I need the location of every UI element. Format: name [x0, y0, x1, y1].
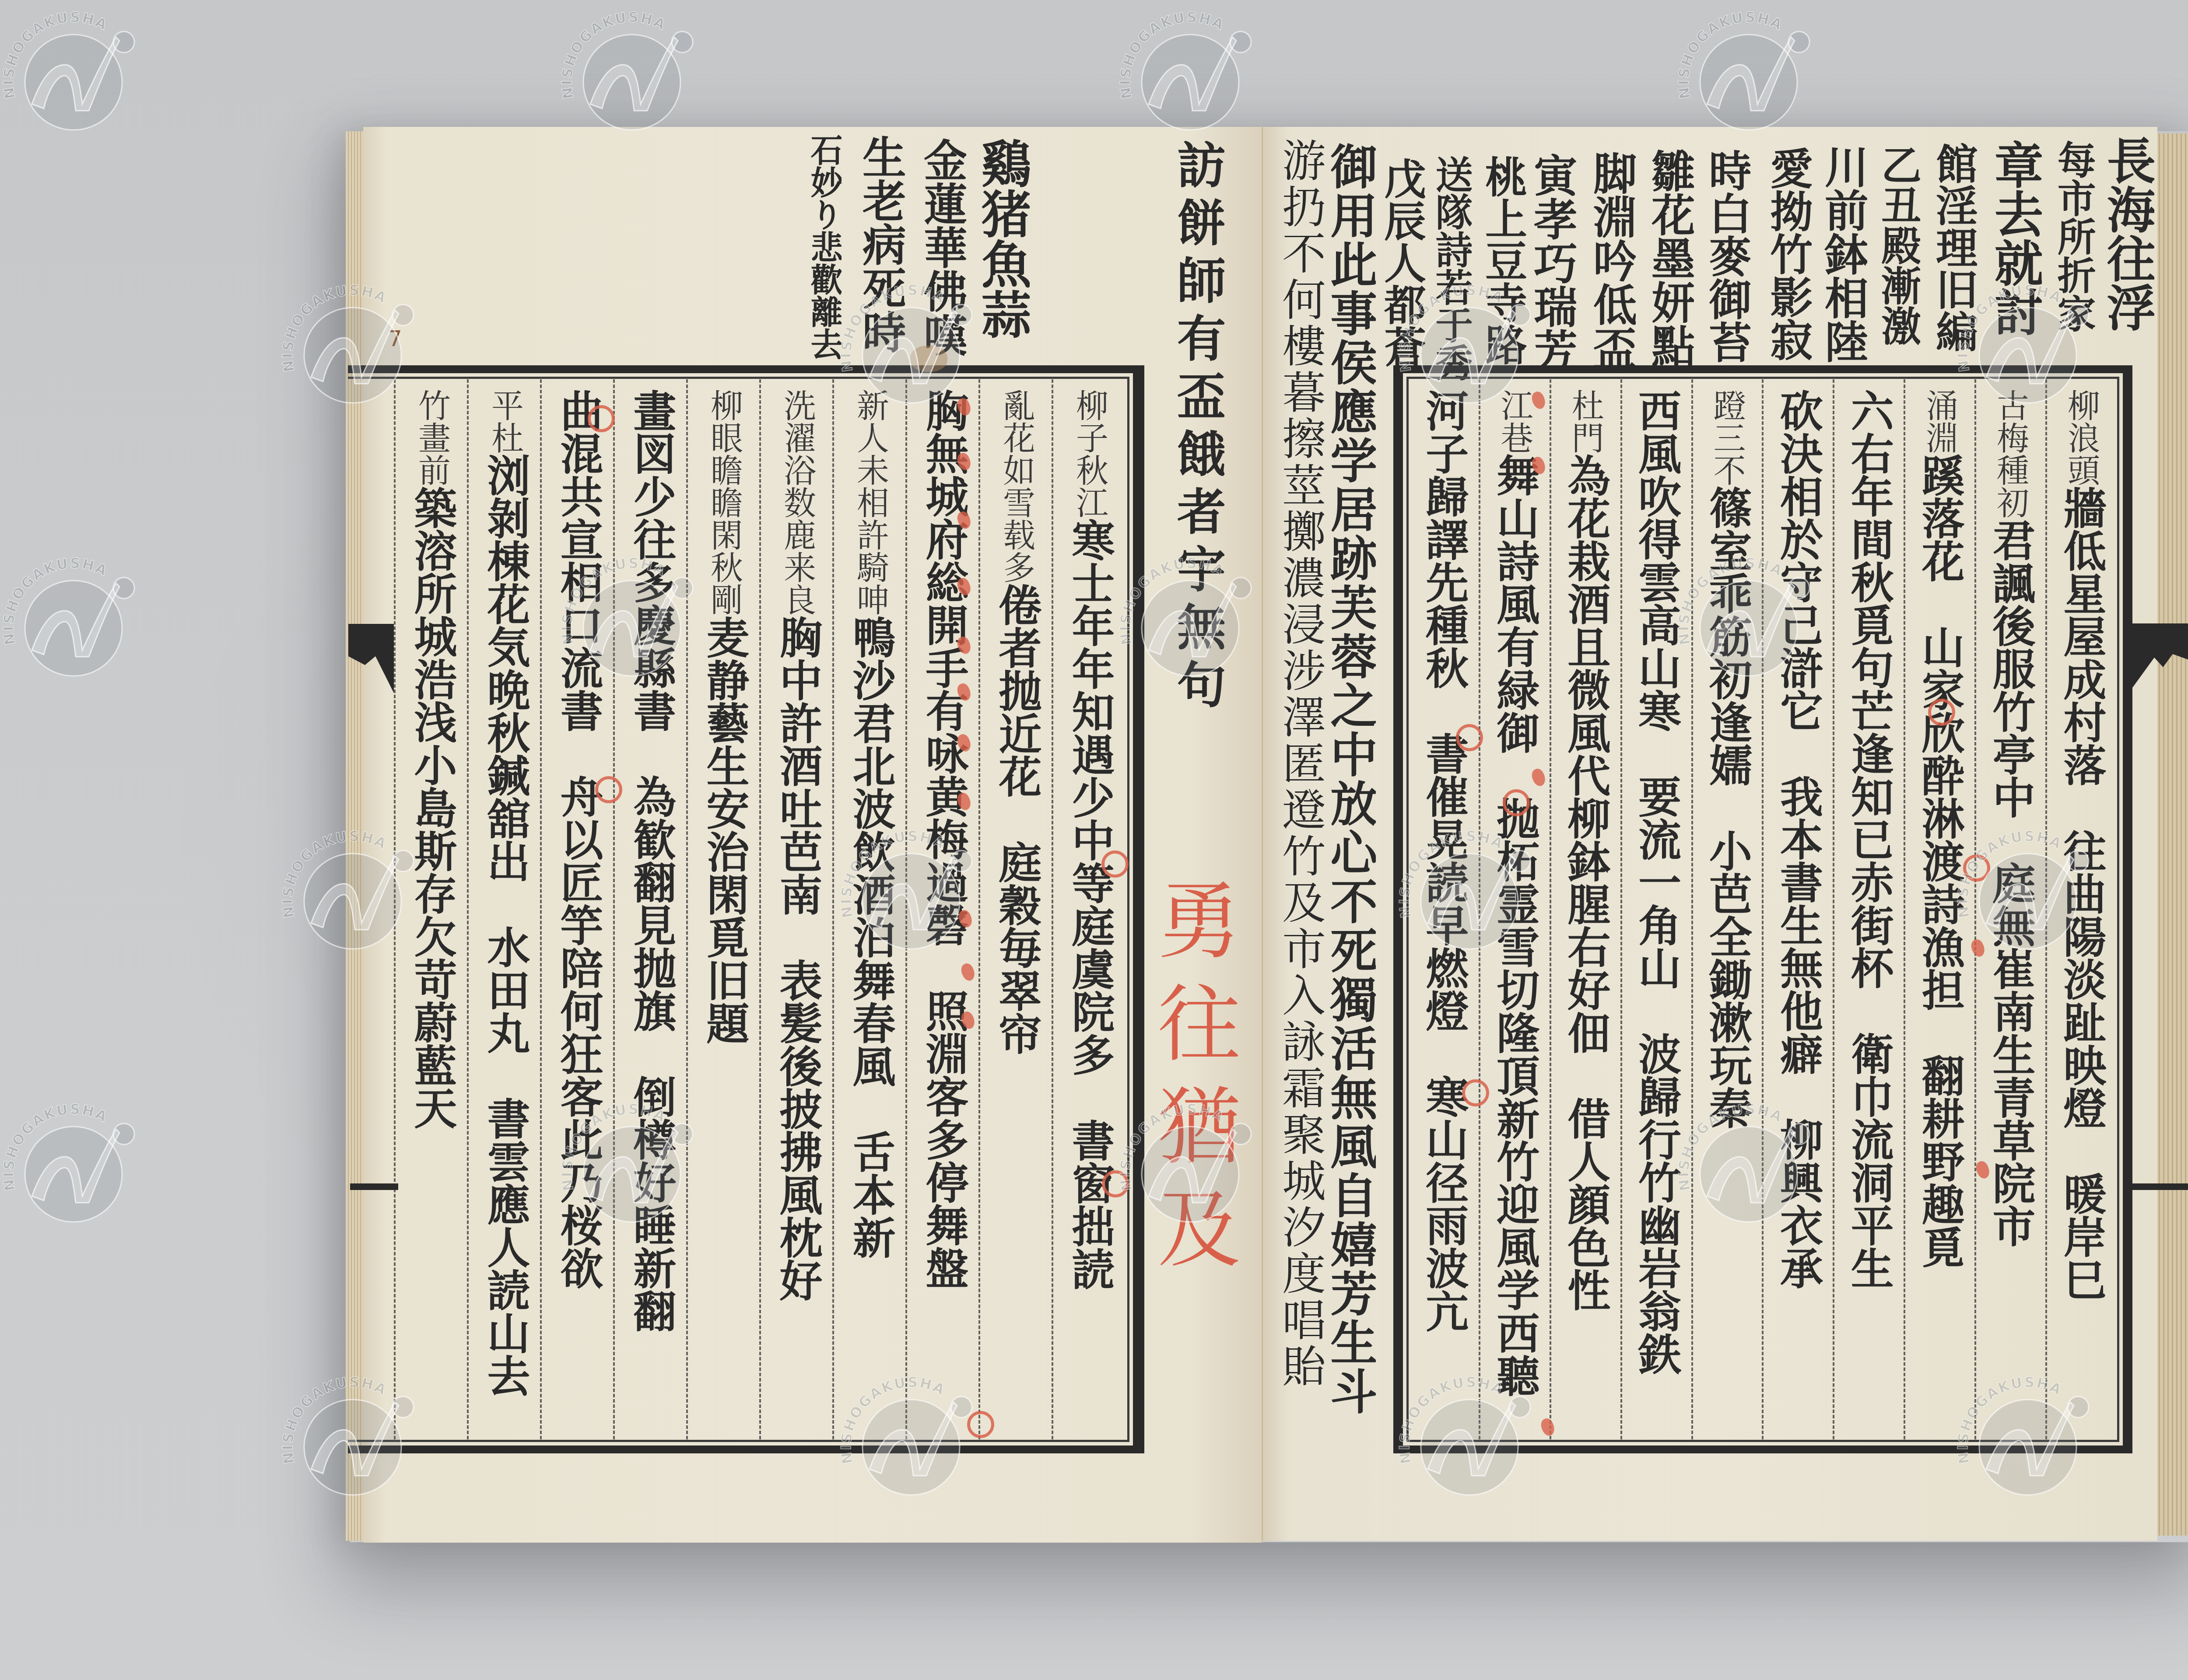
vermilion-circle-mark	[1102, 1170, 1129, 1197]
headnote-column: 生老病死時	[857, 135, 905, 353]
left-fishtail-mark	[348, 624, 394, 693]
frame-column: 平杜浏剝棟花気晩秋鍼舘出 水田丸 書雲應人読山去	[467, 379, 540, 1439]
headnote-column: 脚淵吟低盃	[1588, 151, 1636, 370]
frame-column: 柳眼瞻瞻閑秋剛麦静藝生安治閑覓旧題	[686, 379, 759, 1439]
headnote-column: 送隊詩若于秀	[1430, 155, 1472, 381]
headnote-column: 鷄猪魚蒜	[974, 138, 1030, 339]
column-text: 河子歸譯先種秋 書催晃読早燃燈 寒山径雨波亢	[1419, 389, 1469, 1332]
frame-column: 河子歸譯先種秋 書催晃読早燃燈 寒山径雨波亢	[1410, 379, 1479, 1439]
column-heading: 竹畫前	[413, 389, 451, 486]
vermilion-annotation: 勇往猶及	[1147, 877, 1238, 1288]
vermilion-circle-mark	[595, 776, 622, 803]
margin-column: 游扔不何樓暮擦莖擲濃浸涉澤匿邆竹及市入詠霜聚城汐度唱貽	[1276, 138, 1324, 1533]
column-heading: 洗濯浴数鹿来良	[778, 389, 816, 616]
headnote-column: 寅孝巧瑞芳	[1528, 153, 1576, 372]
column-grid: 柳浪頭牆低星屋成村落 往曲陽淡趾映燈 暖岸巳 古梅種初君諷後服竹亭中 庭無崔南生…	[1410, 379, 2116, 1439]
column-heading: 亂花如雪载多	[998, 389, 1035, 583]
column-text: 牆低星屋成村落 往曲陽淡趾映燈 暖岸巳	[2056, 486, 2107, 1301]
column-heading: 蹬三不	[1708, 389, 1746, 486]
headnote-column: 愛拗竹影寂	[1764, 147, 1812, 361]
column-heading: 柳子秋江	[1071, 389, 1108, 518]
column-text: 蹊落花 山家欣酔淋渡詩漁担 翻耕野趣覓	[1914, 454, 1965, 1268]
frame-column: 江巷舞山詩風有緑御 抛柘霊雪切隆頂新竹迎風学西聽	[1479, 379, 1550, 1439]
right-page-stack-edge	[2156, 133, 2188, 1536]
frame-column: 西風吹得雲高山寒 要流一角山 波歸行竹幽岩翁鉄	[1620, 379, 1691, 1439]
frame-column: 涌淵蹊落花 山家欣酔淋渡詩漁担 翻耕野趣覓	[1904, 379, 1974, 1439]
column-heading: 涌淵	[1921, 389, 1958, 454]
headnote-column: 雛花墨妍點	[1646, 149, 1694, 367]
left-text-frame: 柳子秋江寒士年年知遇少中等庭虞院多 書窗拙読 亂花如雪载多倦者抛近花 庭穀毎翠帘…	[348, 365, 1144, 1453]
right-edge-rule	[2131, 1183, 2188, 1190]
column-text: 倦者抛近花 庭穀毎翠帘	[992, 583, 1042, 1055]
column-heading: 杜門	[1567, 389, 1604, 454]
column-text: 曲混共宣相口流書 舟以匠竽陪何狂客此乃桜欲	[553, 389, 603, 1289]
right-page: 長海往浮 每市所折家 章去就討 館淫理旧編 乙丑殿漸激 川前鉢相陸 愛拗竹影寂 …	[1262, 127, 2157, 1541]
headnote-column: 館淫理旧編	[1931, 142, 1977, 352]
column-text: 為花栽酒且微風代柳鉢腥右好佃 借人顔色性	[1560, 454, 1611, 1311]
column-heading: 江巷	[1496, 389, 1533, 454]
headnote-column: 每市所折家	[2053, 140, 2095, 332]
paper-stain	[910, 346, 947, 372]
frame-column: 亂花如雪载多倦者抛近花 庭穀毎翠帘	[978, 379, 1052, 1439]
column-text: 西風吹得雲高山寒 要流一角山 波歸行竹幽岩翁鉄	[1631, 389, 1682, 1375]
frame-column: 竹畫前築溶所城浩浅小島斯存欠苛蔚藍天	[394, 379, 467, 1439]
left-page: 7 鷄猪魚蒜 金蓮華佛嘆 生老病死時 石妙り悲歡離去 訪餅師有盃餓者宇無句 勇往…	[363, 127, 1262, 1543]
left-edge-rule	[350, 1183, 398, 1190]
page-number-mark: 7	[388, 326, 402, 351]
gutter-note-column: 訪餅師有盃餓者宇無句	[1171, 140, 1224, 717]
frame-column: 古梅種初君諷後服竹亭中 庭無崔南生青草院市	[1974, 379, 2045, 1439]
headnote-column: 長海往浮	[2100, 136, 2154, 332]
frame-column: 砍決相於守己滸它 我本書生無他癖 柳興衣承	[1762, 379, 1833, 1439]
headnote-column: 石妙り悲歡離去	[806, 133, 842, 360]
vermilion-circle-mark	[1456, 724, 1483, 751]
vermilion-circle-mark	[1101, 850, 1129, 878]
column-heading: 柳眼瞻瞻閑秋剛	[705, 389, 743, 616]
frame-column: 畫図少往多慶縣書 為歓翻見抛旗 倒樽好睡新翻	[613, 379, 686, 1439]
frame-column: 洗濯浴数鹿来良胸中許酒吐芭南 表髪後披拂風枕好	[759, 379, 832, 1439]
column-grid: 柳子秋江寒士年年知遇少中等庭虞院多 書窗拙読 亂花如雪载多倦者抛近花 庭穀毎翠帘…	[394, 379, 1125, 1439]
column-heading: 柳浪頭	[2062, 389, 2100, 486]
frame-column: 曲混共宣相口流書 舟以匠竽陪何狂客此乃桜欲	[540, 379, 613, 1439]
column-text: 畫図少往多慶縣書 為歓翻見抛旗 倒樽好睡新翻	[626, 389, 677, 1332]
column-text: 鴨沙君北波飲酒泊舞春風 舌本新	[845, 616, 896, 1259]
column-text: 篠室乖筋初逢嬬 小芭全鋤漱玩秦	[1702, 486, 1752, 1129]
column-text: 胸中許酒吐芭南 表髪後披拂風枕好	[772, 616, 823, 1302]
margin-column: 御用此事侯應学居跡芙蓉之中放心不死獨活無風自嬉芳生斗	[1324, 142, 1376, 1533]
frame-column: 六右年間秋覓句芒逢知已赤街杯 衛巾流洞平生	[1833, 379, 1904, 1439]
vermilion-circle-mark	[588, 405, 615, 432]
vermilion-circle-mark	[1503, 789, 1530, 816]
column-text: 舞山詩風有緑御 抛柘霊雪切隆頂新竹迎風学西聽	[1490, 454, 1540, 1397]
column-text: 浏剝棟花気晩秋鍼舘出 水田丸 書雲應人読山去	[480, 454, 530, 1397]
headnote-column: 乙丑殿漸激	[1876, 144, 1920, 346]
vermilion-circle-mark	[1462, 1079, 1489, 1106]
headnote-column: 戊辰人都蒼	[1379, 157, 1425, 367]
column-text: 麦静藝生安治閑覓旧題	[699, 616, 750, 1044]
column-text: 君諷後服竹亭中 庭無崔南生青草院市	[1985, 518, 2036, 1247]
frame-column: 杜門為花栽酒且微風代柳鉢腥右好佃 借人顔色性	[1550, 379, 1620, 1439]
right-text-frame: 柳浪頭牆低星屋成村落 往曲陽淡趾映燈 暖岸巳 古梅種初君諷後服竹亭中 庭無崔南生…	[1393, 365, 2132, 1453]
column-text: 築溶所城浩浅小島斯存欠苛蔚藍天	[407, 486, 457, 1129]
headnote-column: 桃上豆寺路	[1480, 155, 1526, 365]
frame-column: 柳子秋江寒士年年知遇少中等庭虞院多 書窗拙読	[1052, 379, 1125, 1439]
vermilion-circle-mark	[967, 1411, 994, 1438]
frame-column: 胸無城府総開手有咏黄梅過磬 照淵客多停舞盤	[905, 379, 978, 1439]
vermilion-circle-mark	[1928, 699, 1955, 726]
vermilion-circle-mark	[1963, 854, 1990, 882]
headnote-column: 章去就討	[1988, 140, 2042, 336]
column-heading: 新人未相許騎呻	[852, 389, 889, 616]
right-fishtail-mark	[2129, 623, 2188, 693]
column-text: 六右年間秋覓句芒逢知已赤街杯 衛巾流洞平生	[1844, 389, 1894, 1289]
headnote-column: 時白麥御苔	[1703, 149, 1750, 363]
frame-column: 柳浪頭牆低星屋成村落 往曲陽淡趾映燈 暖岸巳	[2045, 379, 2116, 1439]
column-text: 砍決相於守己滸它 我本書生無他癖 柳興衣承	[1773, 389, 1823, 1289]
column-heading: 平杜	[486, 389, 524, 454]
frame-column: 新人未相許騎呻鴨沙君北波飲酒泊舞春風 舌本新	[832, 379, 905, 1439]
frame-column: 蹬三不篠室乖筋初逢嬬 小芭全鋤漱玩秦	[1691, 379, 1762, 1439]
headnote-column: 金蓮華佛嘆	[918, 138, 966, 357]
column-heading: 古梅種初	[1992, 389, 2029, 518]
headnote-column: 川前鉢相陸	[1819, 144, 1867, 363]
